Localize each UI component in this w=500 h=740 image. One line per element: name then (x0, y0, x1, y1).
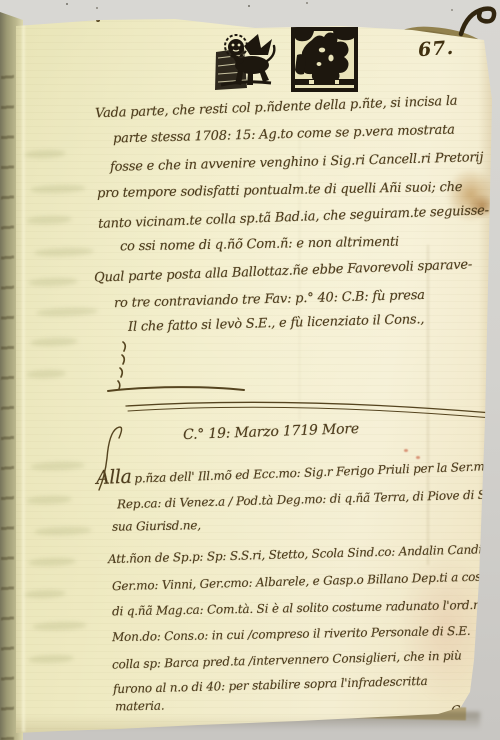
ink-showthrough (26, 369, 66, 378)
paper-crease (427, 245, 429, 565)
ink-showthrough (28, 557, 76, 567)
manuscript-line: Qual parte posta alla Ballottaz.ñe ebbe … (94, 257, 472, 285)
ink-showthrough (30, 184, 86, 194)
ink-showthrough (32, 621, 87, 631)
edge-speck (96, 18, 100, 22)
folio-number: 67. (417, 37, 455, 61)
manuscript-line: Allap.ñza dell' Ill.mõ ed Ecc.mo: Sig.r … (96, 453, 496, 489)
saint-figure-woodcut-stamp (291, 27, 358, 92)
manuscript-line: fosse e che in avvenire venghino i Sig.r… (110, 150, 484, 175)
opening-initial: Alla (96, 466, 132, 489)
manuscript-line: sua Giurisd.ne, (112, 518, 201, 534)
gutter-highlight (22, 20, 25, 732)
ink-showthrough (36, 307, 98, 317)
ink-showthrough (30, 461, 85, 471)
ink-showthrough (28, 277, 78, 287)
ink-showthrough (34, 247, 94, 257)
manuscript-line: pro tempore sodisfatti pontualm.te di qu… (97, 180, 463, 201)
ink-showthrough (26, 495, 72, 505)
ink-showthrough (30, 337, 78, 347)
manuscript-line: materia. (115, 699, 165, 714)
manuscript-page: 67. Vada parte, che resti col p.ñdente d… (0, 0, 500, 740)
manuscript-line: parte stessa 1708: 15: Ag.to come se p.v… (113, 123, 455, 147)
date-line: C.° 19: Marzo 1719 More (183, 421, 359, 443)
manuscript-line: Rep.ca: di Venez.a / Pod.tà Deg.mo: di q… (117, 487, 500, 512)
manuscript-line: co ssi nome di q.ñõ Com.ñ: e non altrime… (120, 235, 399, 255)
manuscript-line: Vada parte, che resti col p.ñdente della… (95, 94, 458, 122)
spine-edge-writing (1, 60, 14, 740)
winged-lion-of-st-mark-stamp (214, 32, 278, 92)
ink-showthrough (24, 149, 66, 158)
manuscript-line: Il che fatto si levò S.E., e fù licenzia… (128, 312, 425, 335)
manuscript-line: furono al n.o di 40: per stabilire sopra… (113, 674, 428, 696)
ink-showthrough (34, 526, 92, 536)
manuscript-line: tanto vicinam.te colla sp.tã Bad.ia, che… (98, 203, 489, 232)
manuscript-line: ro tre contraviando tre Fav: p.° 40: C.B… (114, 288, 425, 311)
dust-specks (66, 3, 68, 5)
ink-showthrough (28, 654, 74, 664)
manuscript-scan: 67. Vada parte, che resti col p.ñdente d… (0, 0, 500, 740)
line-text: p.ñza dell' Ill.mõ ed Ecc.mo: Sig.r Feri… (134, 459, 496, 486)
ink-showthrough (24, 589, 66, 598)
ink-showthrough (26, 215, 72, 225)
red-fleck (404, 449, 408, 452)
